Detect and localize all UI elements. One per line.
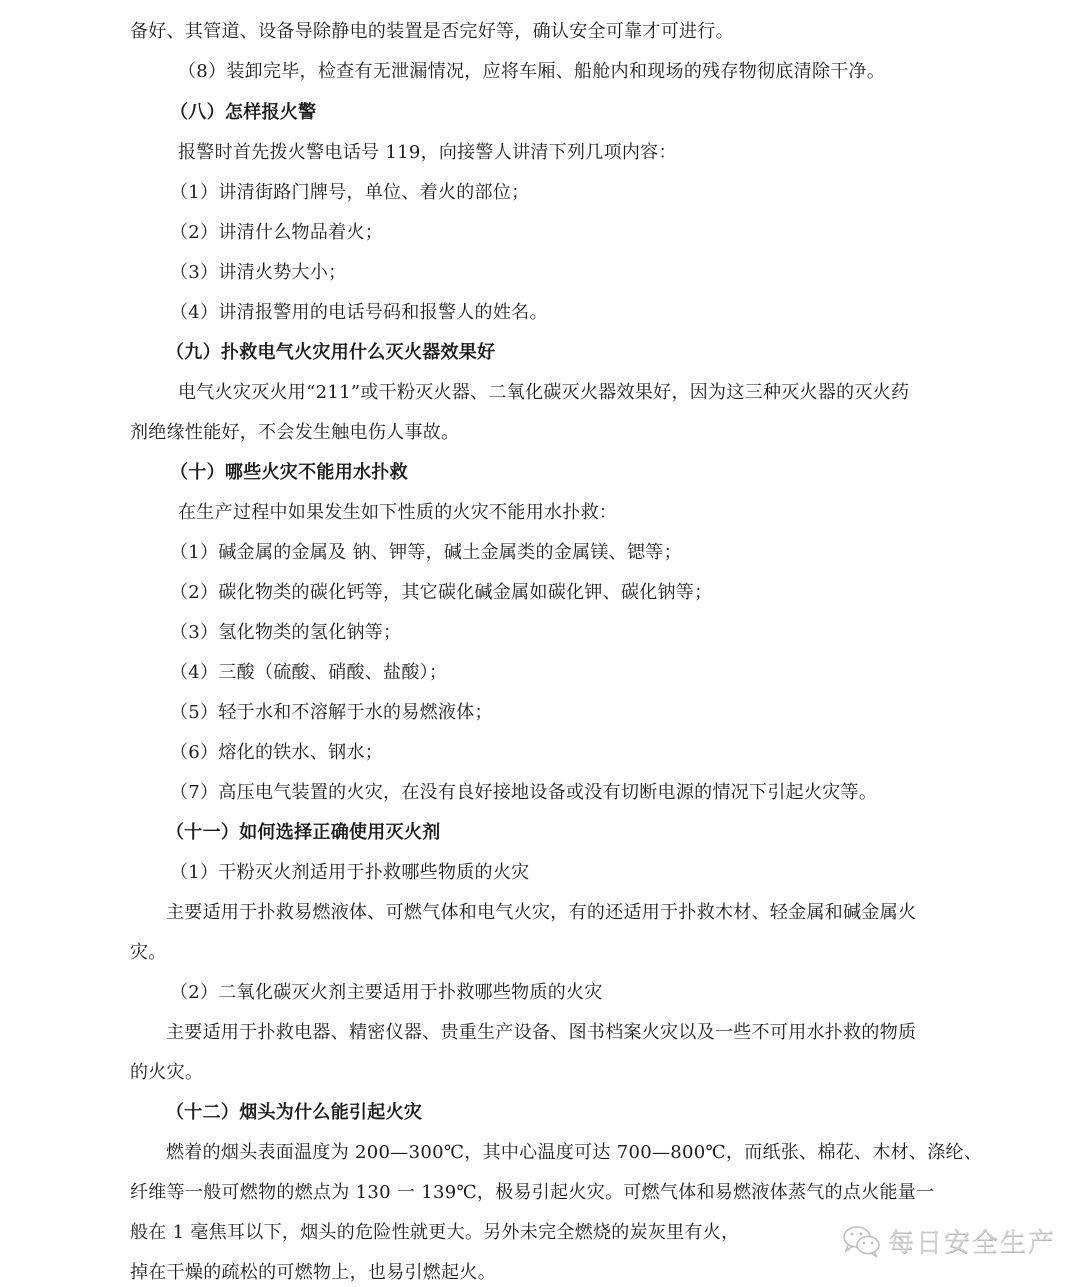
paragraph-line: 掉在干燥的疏松的可燃物上，也易引燃起火。 [130,1261,496,1285]
list-item: （3）氢化物类的氢化钠等； [170,621,401,645]
section-heading: （八）怎样报火警 [170,101,316,125]
paragraph-line: 灾。 [130,941,167,965]
watermark-text: 每日安全生产 [888,1222,1056,1259]
list-item: （2）讲清什么物品着火； [170,221,383,245]
section-heading: （十二）烟头为什么能引起火灾 [166,1101,422,1125]
watermark: 每日安全生产 [842,1222,1056,1259]
paragraph-line: 燃着的烟头表面温度为 200—300℃，其中心温度可达 700—800℃，而纸张… [166,1141,982,1165]
list-item: （6）熔化的铁水、钢水； [170,741,383,765]
list-item: （2）碳化物类的碳化钙等，其它碳化碱金属如碳化钾、碳化钠等； [170,581,712,605]
list-item: （1）干粉灭火剂适用于扑救哪些物质的火灾 [170,861,529,885]
list-item: （7）高压电气装置的火灾，在没有良好接地设备或没有切断电源的情况下引起火灾等。 [170,781,877,805]
section-heading: （十）哪些火灾不能用水扑救 [170,461,408,485]
paragraph-line: 备好、其管道、设备导除静电的装置是否完好等，确认安全可靠才可进行。 [130,20,734,44]
paragraph-line: 电气火灾灭火用“211”或干粉灭火器、二氧化碳灭火器效果好，因为这三种灭火器的灭… [178,381,909,405]
list-item: （3）讲清火势大小； [170,261,346,285]
section-heading: （十一）如何选择正确使用灭火剂 [166,821,441,845]
list-item: （4）三酸（硫酸、硝酸、盐酸）； [170,661,447,685]
paragraph-line: 报警时首先拨火警电话号 119，向接警人讲清下列几项内容： [178,141,677,165]
paragraph-line: 主要适用于扑救易燃液体、可燃气体和电气火灾，有的还适用于扑救木材、轻金属和碱金属… [166,901,916,925]
list-item: （4）讲清报警用的电话号码和报警人的姓名。 [170,301,548,325]
list-item: （1）讲清街路门牌号，单位、着火的部位； [170,181,529,205]
wechat-icon [842,1224,882,1258]
paragraph-line: 在生产过程中如果发生如下性质的火灾不能用水扑救： [178,501,617,525]
list-item: （5）轻于水和不溶解于水的易燃液体； [170,701,493,725]
paragraph-line: 纤维等一般可燃物的燃点为 130 一 139℃，极易引起火灾。可燃气体和易燃液体… [130,1181,934,1205]
paragraph-line: 的火灾。 [130,1061,203,1085]
paragraph-line: 般在 1 毫焦耳以下，烟头的危险性就更大。另外未完全燃烧的炭灰里有火， [130,1221,739,1245]
list-item: （8）装卸完毕，检查有无泄漏情况，应将车厢、船舱内和现场的残存物彻底清除干净。 [178,60,885,84]
list-item: （2）二氧化碳灭火剂主要适用于扑救哪些物质的火灾 [170,981,603,1005]
list-item: （1）碱金属的金属及 钠、钾等，碱土金属类的金属镁、锶等； [170,541,682,565]
section-heading: （九）扑救电气火灾用什么灭火器效果好 [166,341,495,365]
paragraph-line: 剂绝缘性能好，不会发生触电伤人事故。 [130,421,459,445]
paragraph-line: 主要适用于扑救电器、精密仪器、贵重生产设备、图书档案火灾以及一些不可用水扑救的物… [166,1021,916,1045]
